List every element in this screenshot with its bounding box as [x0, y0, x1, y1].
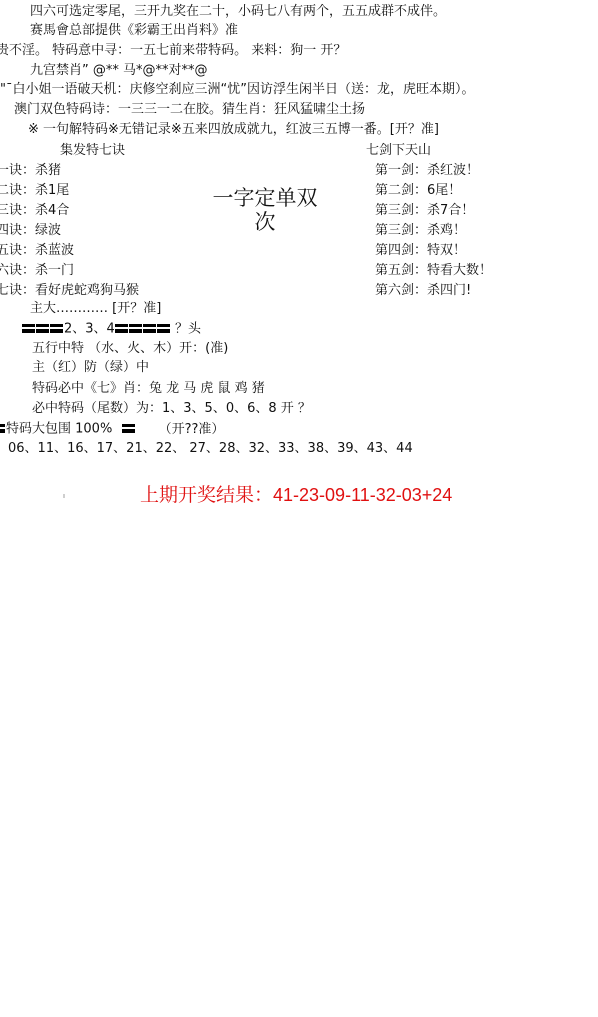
- bao-wei-suffix: （开??准）: [159, 422, 225, 437]
- left-column-item: 四诀：绿波: [0, 223, 61, 239]
- center-title-line-1: 一字定单双: [200, 186, 330, 210]
- header-line-5: "¯白小姐一语破天机：庆修空刹应三洲“忧”因访浮生闲半日（送：龙，虎旺本期）。: [0, 82, 474, 98]
- header-line-7: ※ 一句解特码※无错记录※五来四放成就九，红波三五博一番。[开？准]: [28, 122, 439, 138]
- header-line-6: 澳门双色特码诗：一三三一二在胶。猜生肖：狂风猛啸尘土扬: [14, 102, 365, 118]
- bar-decoration-icon: [22, 321, 64, 337]
- bao-wei-label: 特码大包围 100%: [6, 422, 112, 437]
- stray-mark: [63, 494, 65, 498]
- right-column-item: 第四剑：特双！: [375, 243, 466, 259]
- bar-decoration-icon: [115, 321, 171, 337]
- center-title: 一字定单双 次: [200, 186, 330, 234]
- tou-line: 2、3、4 ？头: [22, 321, 201, 338]
- bao-wei-line: 特码大包围 100% （开??准）: [0, 421, 224, 438]
- right-column-item: 第一剑：杀红波！: [375, 163, 479, 179]
- qi-xiao-line: 特码必中《七》肖：兔 龙 马 虎 鼠 鸡 猪: [32, 381, 265, 397]
- right-column-title: 七剑下天山: [366, 143, 431, 159]
- right-column-item: 第三剑：杀鸡！: [375, 223, 466, 239]
- right-column-item: 第二剑：6尾！: [375, 183, 461, 199]
- left-column-item: 六诀：杀一门: [0, 263, 74, 279]
- wei-shu-line: 必中特码（尾数）为：1、3、5、0、6、8 开 ？: [32, 401, 311, 417]
- wuxing-line: 五行中特 （水、火、木）开：(准): [32, 341, 228, 357]
- tou-suffix: ？头: [171, 322, 201, 337]
- last-result: 上期开奖结果：41-23-09-11-32-03+24: [140, 484, 452, 506]
- left-column-item: 二诀：杀1尾: [0, 183, 69, 199]
- left-column-title: 集发特七诀: [60, 143, 125, 159]
- right-column-item: 第五剑：特看大数！: [375, 263, 492, 279]
- bar-decoration-icon: [122, 421, 136, 437]
- header-line-4: 九宫禁肖” @** 马*@**对**@: [30, 63, 208, 79]
- header-line-3: 贵不淫。 特码意中寻：一五七前来带特码。 来料：狗一 开？: [0, 43, 346, 59]
- zhu-da-line: 主大………… [开？准]: [30, 301, 161, 317]
- right-column-item: 第六剑：杀四门!: [375, 283, 471, 299]
- tou-numbers: 2、3、4: [64, 322, 115, 337]
- left-column-item: 三诀：杀4合: [0, 203, 69, 219]
- numbers-line: 06、11、16、17、21、22、 27、28、32、33、38、39、43、…: [8, 441, 413, 457]
- header-line-2: 赛馬會总部提供《彩霸王出肖料》准: [30, 23, 238, 39]
- header-line-1: 四六可选定零尾，三开九奖在二十，小码七八有两个，五五成群不成伴。: [30, 4, 446, 20]
- left-column-item: 七诀：看好虎蛇鸡狗马猴: [0, 283, 139, 299]
- left-column-item: 五诀：杀蓝波: [0, 243, 74, 259]
- last-result-numbers: 41-23-09-11-32-03+24: [273, 485, 452, 505]
- hong-lv-line: 主（红）防（绿）中: [32, 360, 149, 376]
- left-column-item: 一诀：杀猪: [0, 163, 61, 179]
- center-title-line-2: 次: [200, 210, 330, 234]
- right-column-item: 第三剑：杀7合！: [375, 203, 474, 219]
- last-result-label: 上期开奖结果：: [140, 484, 273, 506]
